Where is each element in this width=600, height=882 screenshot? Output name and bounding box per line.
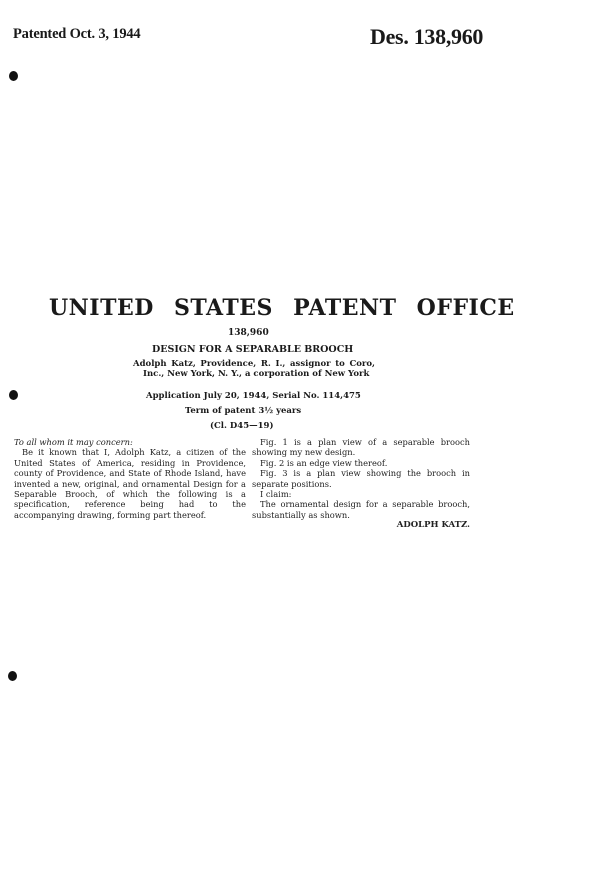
figure-3-description: Fig. 3 is a plan view showing the brooch… bbox=[252, 468, 470, 489]
office-heading: UNITED STATES PATENT OFFICE bbox=[49, 295, 515, 321]
claim-text: The ornamental design for a separable br… bbox=[252, 499, 470, 520]
signature: ADOLPH KATZ. bbox=[252, 520, 470, 530]
specification-body: Be it known that I, Adolph Katz, a citiz… bbox=[14, 447, 246, 520]
punch-hole-icon bbox=[9, 390, 18, 400]
left-column: To all whom it may concern: Be it known … bbox=[14, 437, 246, 520]
punch-hole-icon bbox=[9, 71, 18, 81]
classification: (Cl. D45—19) bbox=[210, 421, 273, 431]
punch-hole-icon bbox=[8, 671, 17, 681]
patent-number: 138,960 bbox=[228, 328, 288, 338]
inventor-line: Adolph Katz, Providence, R. I., assignor… bbox=[133, 360, 375, 379]
right-column: Fig. 1 is a plan view of a separable bro… bbox=[252, 437, 470, 531]
claim-intro: I claim: bbox=[252, 489, 470, 499]
design-number: Des. 138,960 bbox=[370, 24, 483, 50]
patent-title: DESIGN FOR A SEPARABLE BROOCH bbox=[152, 344, 353, 355]
patented-date: Patented Oct. 3, 1944 bbox=[13, 26, 140, 43]
term-line: Term of patent 3½ years bbox=[185, 406, 301, 416]
application-line: Application July 20, 1944, Serial No. 11… bbox=[146, 391, 361, 401]
greeting: To all whom it may concern: bbox=[14, 437, 246, 447]
figure-2-description: Fig. 2 is an edge view thereof. bbox=[252, 458, 470, 468]
figure-1-description: Fig. 1 is a plan view of a separable bro… bbox=[252, 437, 470, 458]
